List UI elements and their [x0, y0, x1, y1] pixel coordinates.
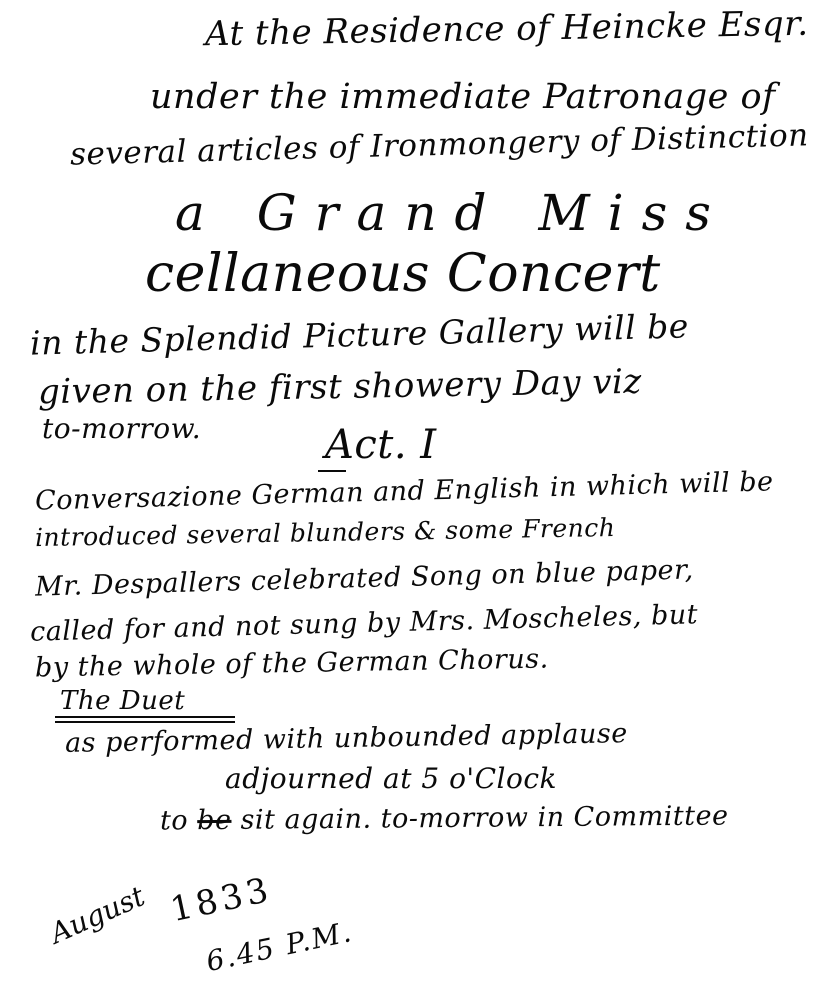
title-grand-miss: a Grand Miss	[175, 188, 729, 238]
text-committee-prefix: to	[160, 805, 188, 836]
date-year: 1833	[167, 870, 276, 930]
text-showery-day: given on the first showery Day viz	[38, 365, 642, 410]
heading-residence: At the Residence of Heincke Esqr.	[205, 7, 809, 52]
act-heading: Act. I	[325, 425, 437, 465]
act-underline	[318, 470, 346, 472]
text-conversazione: Conversazione German and English in whic…	[35, 468, 774, 514]
heading-patronage: under the immediate Patronage of	[150, 80, 776, 115]
text-tomorrow: to-morrow.	[42, 415, 201, 443]
title-cellaneous-concert: cellaneous Concert	[145, 248, 661, 300]
date-month: August	[45, 879, 150, 950]
text-committee-suffix: sit again. to-morrow in Committee	[240, 801, 728, 836]
text-despallers-song: Mr. Despallers celebrated Song on blue p…	[35, 556, 694, 600]
text-blunders: introduced several blunders & some Frenc…	[35, 515, 616, 550]
text-committee: to be sit again. to-morrow in Committee	[160, 803, 729, 835]
duet-double-underline	[55, 716, 235, 723]
manuscript-page: At the Residence of Heincke Esqr. under …	[0, 0, 832, 1000]
text-moscheles: called for and not sung by Mrs. Moschele…	[30, 601, 699, 645]
struck-word: be	[197, 805, 232, 836]
text-picture-gallery: in the Splendid Picture Gallery will be	[30, 309, 690, 359]
heading-ironmongery: several articles of Ironmongery of Disti…	[70, 120, 809, 170]
date-time: 6.45 P.M.	[203, 915, 355, 978]
text-adjourned: adjourned at 5 o'Clock	[225, 765, 557, 793]
text-the-duet: The Duet	[60, 688, 185, 714]
text-unbounded-applause: as performed with unbounded applause	[65, 720, 628, 757]
text-german-chorus: by the whole of the German Chorus.	[35, 646, 549, 682]
